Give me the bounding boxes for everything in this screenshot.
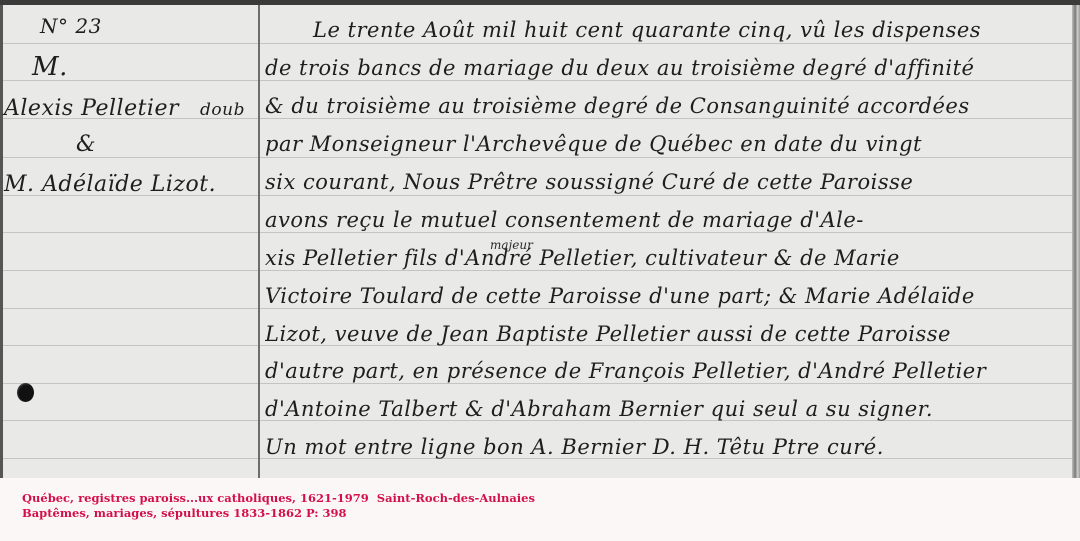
left-page-edge bbox=[0, 5, 3, 478]
image-caption: Québec, registres paroiss...ux catholiqu… bbox=[22, 491, 535, 521]
ruled-line bbox=[3, 43, 1072, 44]
page-binding-edge bbox=[1072, 5, 1080, 478]
record-line: avons reçu le mutuel consentement de mar… bbox=[265, 208, 1065, 232]
caption-volume-page: Baptêmes, mariages, sépultures 1833-1862… bbox=[22, 506, 535, 521]
record-line: xis Pelletier fils d'André Pelletier, cu… bbox=[265, 246, 1065, 270]
ruled-line bbox=[3, 157, 1072, 158]
record-line: & du troisième au troisième degré de Con… bbox=[265, 94, 1065, 118]
record-line: d'Antoine Talbert & d'Abraham Bernier qu… bbox=[265, 397, 1065, 421]
top-border-strip bbox=[0, 0, 1080, 5]
ruled-line bbox=[3, 80, 1072, 81]
entry-type: M. bbox=[32, 52, 68, 82]
record-line: par Monseigneur l'Archevêque de Québec e… bbox=[265, 132, 1065, 156]
caption-collection: Québec, registres paroiss...ux catholiqu… bbox=[22, 491, 535, 506]
ruled-line bbox=[3, 270, 1072, 271]
record-line: Victoire Toulard de cette Paroisse d'une… bbox=[265, 284, 1065, 308]
margin-groom-name: Alexis Pelletier bbox=[4, 96, 179, 121]
margin-rule bbox=[258, 5, 260, 478]
margin-bride-name: M. Adélaïde Lizot. bbox=[4, 172, 216, 197]
margin-note: doub bbox=[200, 100, 245, 120]
margin-conjunction: & bbox=[76, 132, 96, 157]
punch-hole bbox=[17, 383, 34, 402]
record-line: Le trente Août mil huit cent quarante ci… bbox=[265, 18, 1080, 42]
ruled-line bbox=[3, 232, 1072, 233]
entry-number: N° 23 bbox=[40, 14, 102, 38]
ruled-line bbox=[3, 308, 1072, 309]
record-line: de trois bancs de mariage du deux au tro… bbox=[265, 56, 1065, 80]
record-line: Lizot, veuve de Jean Baptiste Pelletier … bbox=[265, 322, 1065, 346]
record-line: d'autre part, en présence de François Pe… bbox=[265, 359, 1065, 383]
signature-line: Un mot entre ligne bon A. Bernier D. H. … bbox=[265, 435, 1065, 459]
register-page-scan: N° 23 M. Alexis Pelletier doub & M. Adél… bbox=[0, 0, 1080, 478]
record-line: six courant, Nous Prêtre soussigné Curé … bbox=[265, 170, 1065, 194]
ruled-line bbox=[3, 383, 1072, 384]
